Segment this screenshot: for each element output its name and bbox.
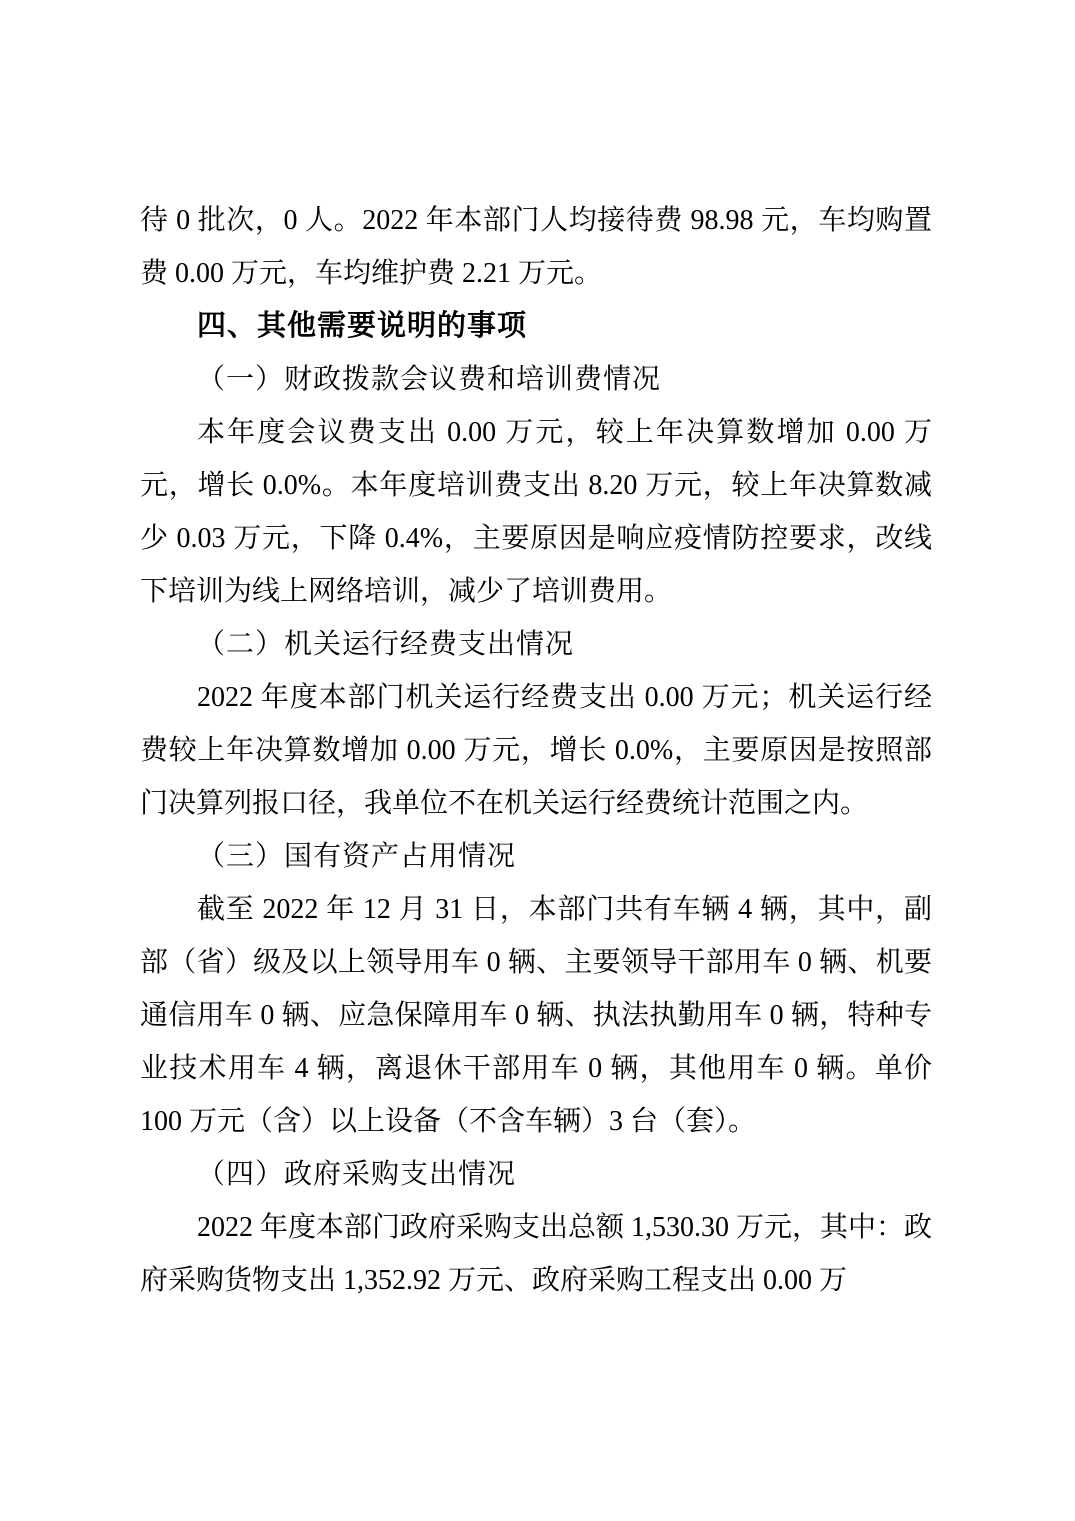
subsection-heading-meeting-training-fees: （一）财政拨款会议费和培训费情况 — [140, 353, 932, 406]
document-content: 待 0 批次，0 人。2022 年本部门人均接待费 98.98 元，车均购置费 … — [140, 194, 932, 1307]
subsection-heading-operating-expenses: （二）机关运行经费支出情况 — [140, 618, 932, 671]
document-page: 待 0 批次，0 人。2022 年本部门人均接待费 98.98 元，车均购置费 … — [0, 0, 1075, 1521]
paragraph-meeting-training-fees: 本年度会议费支出 0.00 万元，较上年决算数增加 0.00 万元，增长 0.0… — [140, 406, 932, 618]
paragraph-reception-vehicle-averages: 待 0 批次，0 人。2022 年本部门人均接待费 98.98 元，车均购置费 … — [140, 194, 932, 300]
subsection-heading-state-assets: （三）国有资产占用情况 — [140, 830, 932, 883]
paragraph-operating-expenses: 2022 年度本部门机关运行经费支出 0.00 万元；机关运行经费较上年决算数增… — [140, 671, 932, 830]
subsection-heading-government-procurement: （四）政府采购支出情况 — [140, 1148, 932, 1201]
section-heading-other-matters: 四、其他需要说明的事项 — [140, 300, 932, 353]
paragraph-state-assets: 截至 2022 年 12 月 31 日，本部门共有车辆 4 辆，其中，副部（省）… — [140, 883, 932, 1148]
paragraph-government-procurement: 2022 年度本部门政府采购支出总额 1,530.30 万元，其中：政府采购货物… — [140, 1201, 932, 1307]
